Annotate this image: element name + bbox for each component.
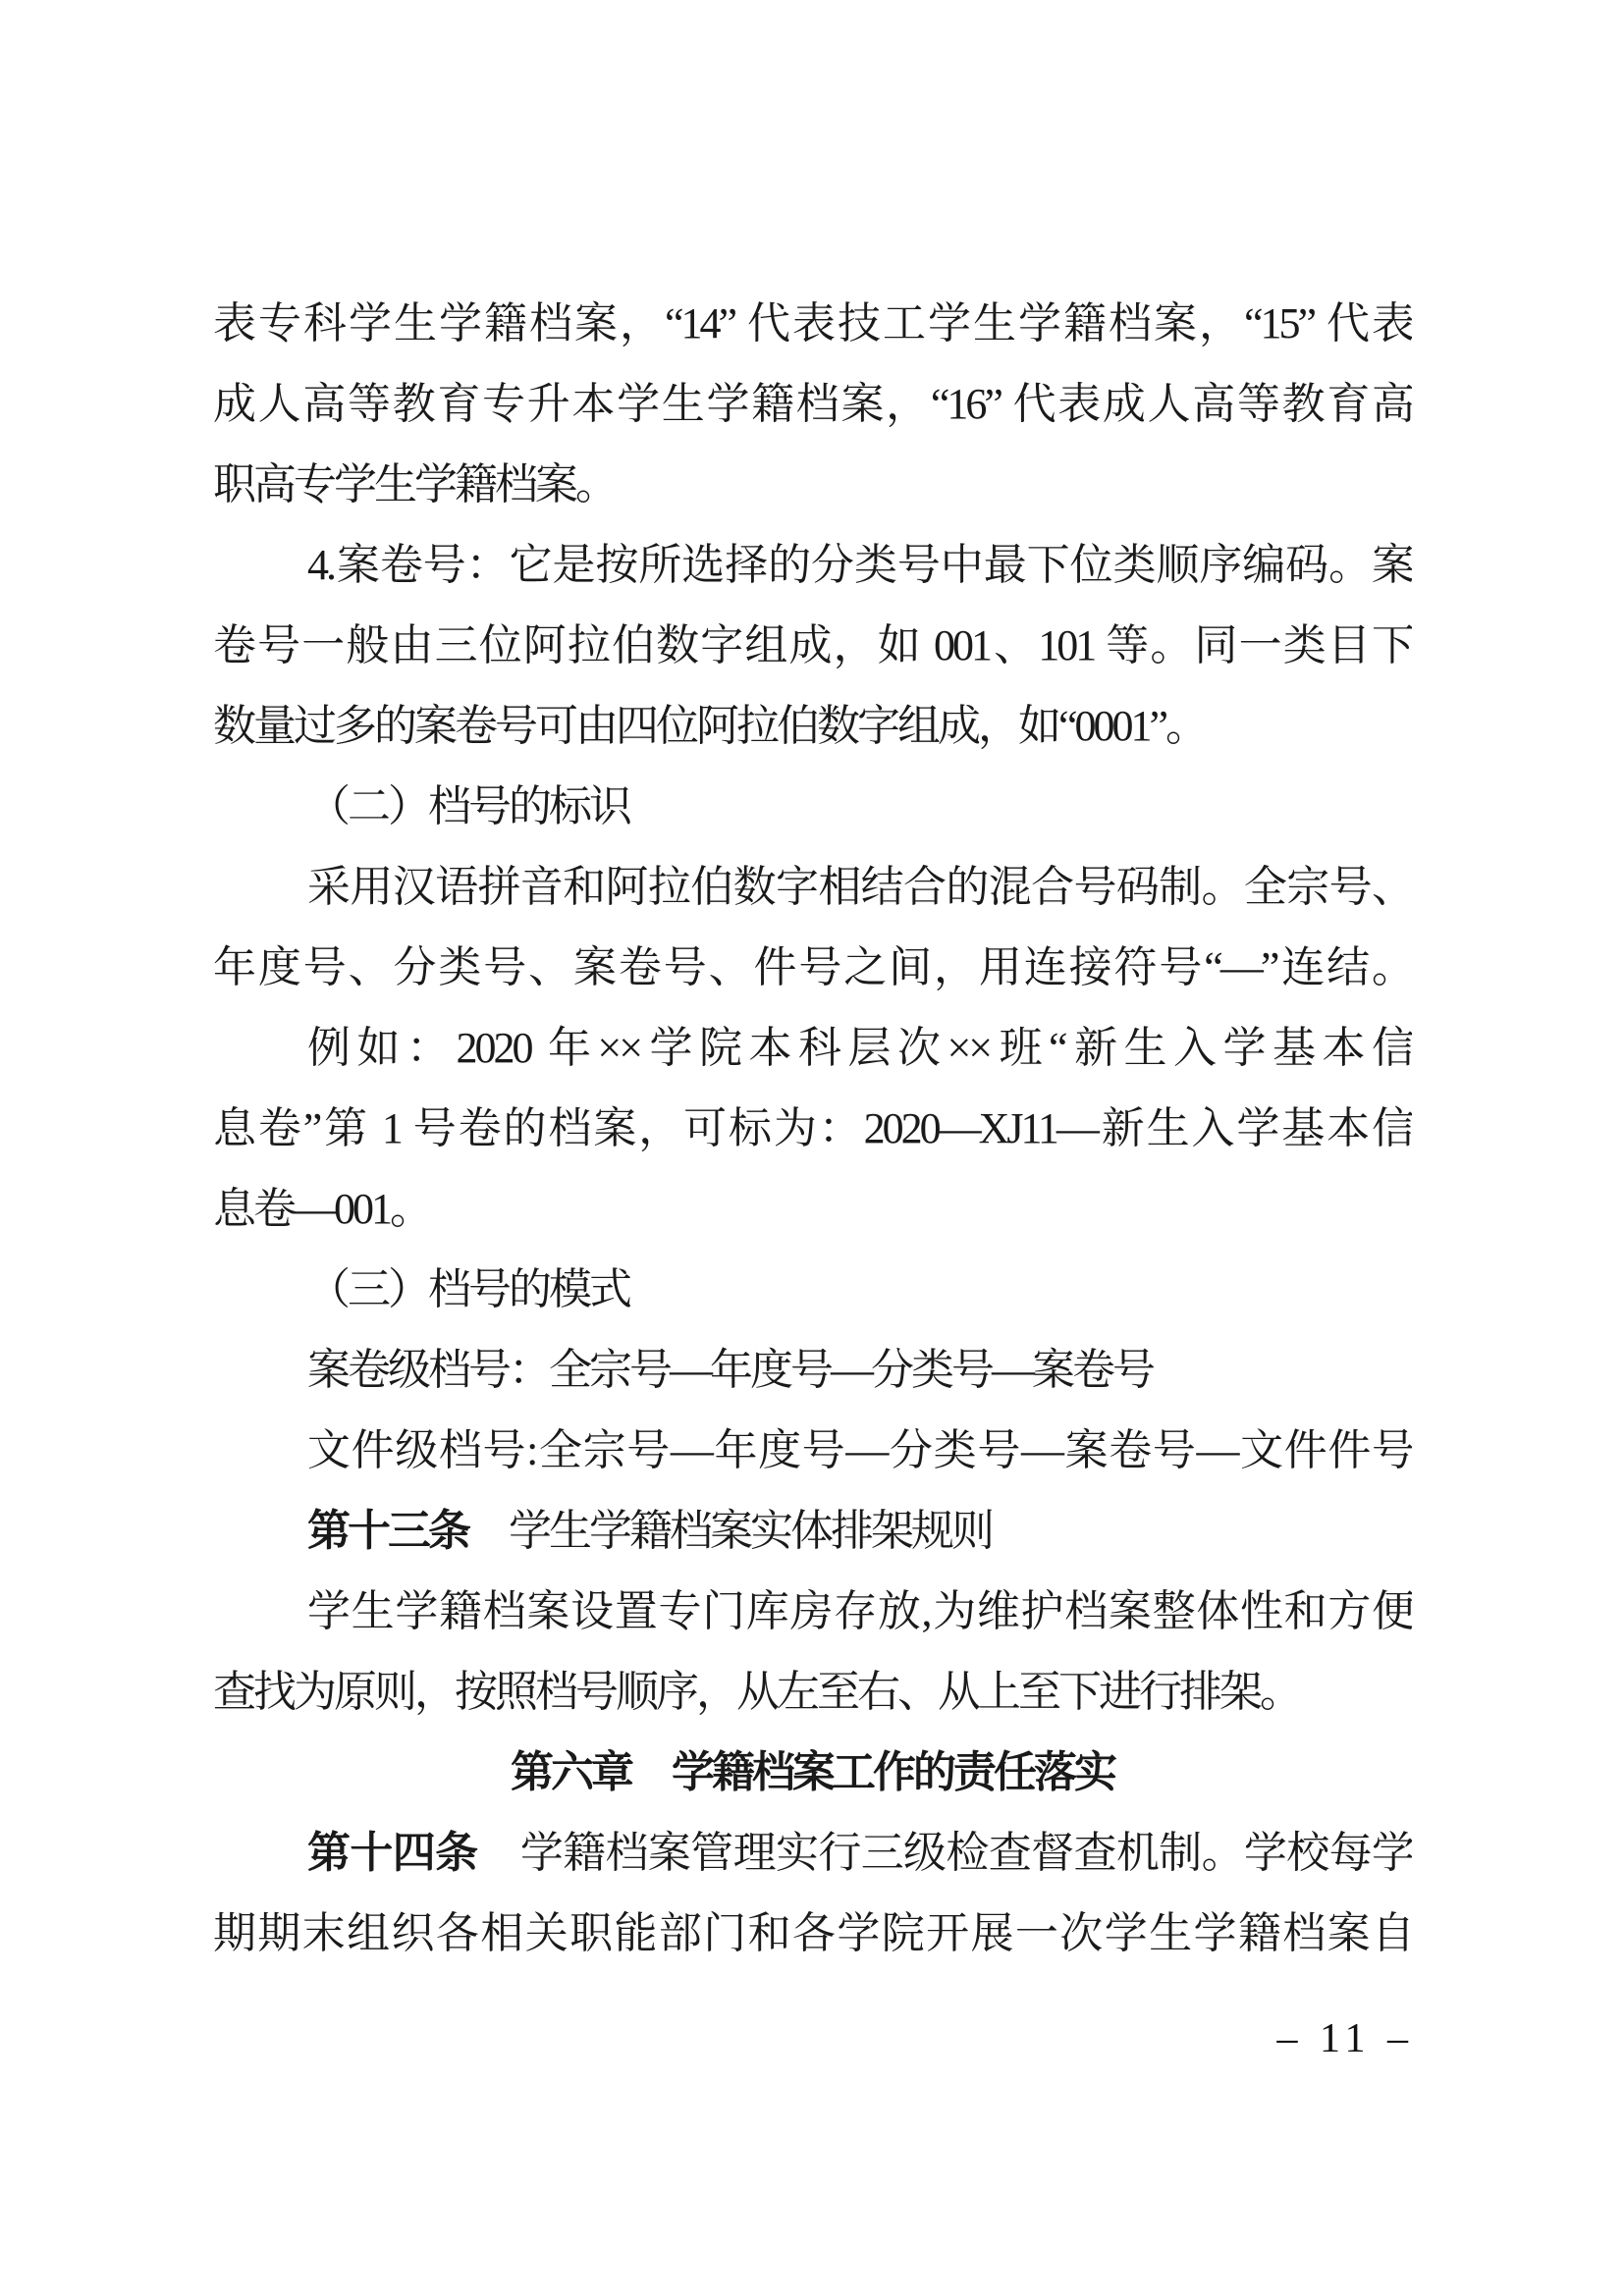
body-text: 学生学籍档案设置专门库房存放,为维护档案整体性和方便 xyxy=(307,1587,1412,1635)
body-text: 年度号、分类号、案卷号、件号之间，用连接符号“—”连结。 xyxy=(213,943,1412,991)
bold-heading-text: 第六章 学籍档案工作的责任落实 xyxy=(511,1748,1114,1796)
text-line: 息卷—001。 xyxy=(213,1169,1412,1250)
text-line: （三）档号的模式 xyxy=(213,1250,1412,1330)
text-line: 案卷级档号：全宗号—年度号—分类号—案卷号 xyxy=(213,1330,1412,1411)
body-text: 期期末组织各相关职能部门和各学院开展一次学生学籍档案自 xyxy=(213,1909,1412,1957)
text-line: 期期末组织各相关职能部门和各学院开展一次学生学籍档案自 xyxy=(213,1894,1412,1974)
text-line: 学生学籍档案设置专门库房存放,为维护档案整体性和方便 xyxy=(213,1572,1412,1652)
body-text: 数量过多的案卷号可由四位阿拉伯数字组成，如“0001”。 xyxy=(213,702,1206,750)
text-line: 第六章 学籍档案工作的责任落实 xyxy=(213,1733,1412,1813)
text-line: 文件级档号:全宗号—年度号—分类号—案卷号—文件件号 xyxy=(213,1411,1412,1491)
document-page: 表专科学生学籍档案，“14” 代表技工学生学籍档案，“15” 代表成人高等教育专… xyxy=(0,0,1624,2296)
body-text: 文件级档号:全宗号—年度号—分类号—案卷号—文件件号 xyxy=(307,1426,1412,1474)
body-text: （三）档号的模式 xyxy=(307,1265,629,1313)
text-line: 4.案卷号：它是按所选择的分类号中最下位类顺序编码。案 xyxy=(213,525,1412,606)
text-line: 例如：2020 年××学院本科层次××班“新生入学基本信 xyxy=(213,1008,1412,1089)
body-text: 息卷—001。 xyxy=(213,1185,430,1233)
bold-heading-text: 第十三条 xyxy=(307,1507,468,1555)
body-text: （二）档号的标识 xyxy=(307,782,629,830)
text-line: 采用汉语拼音和阿拉伯数字相结合的混合号码制。全宗号、 xyxy=(213,847,1412,928)
body-text: 息卷”第 1 号卷的档案，可标为：2020—XJ11—新生入学基本信 xyxy=(213,1104,1412,1152)
body-text: 4.案卷号：它是按所选择的分类号中最下位类顺序编码。案 xyxy=(307,541,1412,589)
body-text: 成人高等教育专升本学生学籍档案，“16” 代表成人高等教育高 xyxy=(213,380,1412,428)
text-line: 第十四条 学籍档案管理实行三级检查督查机制。学校每学 xyxy=(213,1813,1412,1894)
body-text: 例如：2020 年××学院本科层次××班“新生入学基本信 xyxy=(307,1024,1412,1072)
text-line: 年度号、分类号、案卷号、件号之间，用连接符号“—”连结。 xyxy=(213,928,1412,1008)
document-lines: 表专科学生学籍档案，“14” 代表技工学生学籍档案，“15” 代表成人高等教育专… xyxy=(213,284,1412,1974)
text-line: 第十三条 学生学籍档案实体排架规则 xyxy=(213,1491,1412,1572)
text-line: 卷号一般由三位阿拉伯数字组成，如 001、101 等。同一类目下 xyxy=(213,606,1412,686)
body-text: 学籍档案管理实行三级检查督查机制。学校每学 xyxy=(477,1829,1412,1877)
text-line: 职高专学生学籍档案。 xyxy=(213,445,1412,525)
text-line: 查找为原则，按照档号顺序，从左至右、从上至下进行排架。 xyxy=(213,1652,1412,1733)
text-line: 息卷”第 1 号卷的档案，可标为：2020—XJ11—新生入学基本信 xyxy=(213,1089,1412,1169)
text-line: 表专科学生学籍档案，“14” 代表技工学生学籍档案，“15” 代表 xyxy=(213,284,1412,364)
body-text: 案卷级档号：全宗号—年度号—分类号—案卷号 xyxy=(307,1346,1153,1394)
text-line: 数量过多的案卷号可由四位阿拉伯数字组成，如“0001”。 xyxy=(213,686,1412,767)
body-text: 查找为原则，按照档号顺序，从左至右、从上至下进行排架。 xyxy=(213,1668,1300,1716)
body-text: 职高专学生学籍档案。 xyxy=(213,460,616,508)
text-line: 成人高等教育专升本学生学籍档案，“16” 代表成人高等教育高 xyxy=(213,364,1412,445)
body-text: 表专科学生学籍档案，“14” 代表技工学生学籍档案，“15” 代表 xyxy=(213,299,1412,347)
body-text: 采用汉语拼音和阿拉伯数字相结合的混合号码制。全宗号、 xyxy=(307,863,1412,911)
body-text: 学生学籍档案实体排架规则 xyxy=(468,1507,992,1555)
body-text: 卷号一般由三位阿拉伯数字组成，如 001、101 等。同一类目下 xyxy=(213,621,1412,669)
text-line: （二）档号的标识 xyxy=(213,767,1412,847)
bold-heading-text: 第十四条 xyxy=(307,1829,477,1877)
page-number: – 11 – xyxy=(1277,2014,1414,2063)
